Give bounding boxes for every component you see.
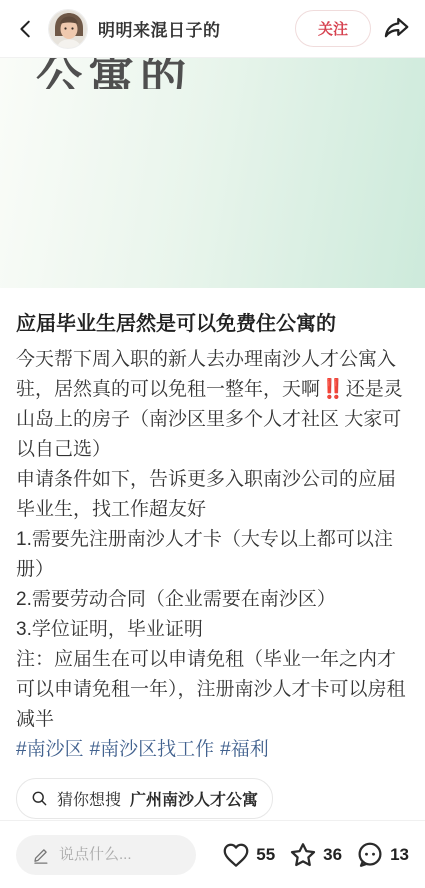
cover-cropped-text-clip: 公寓的 <box>0 58 425 89</box>
comment-input[interactable] <box>59 846 177 863</box>
like-action[interactable]: 55 <box>221 840 275 870</box>
comment-input-pill[interactable] <box>16 835 196 875</box>
share-button[interactable] <box>381 14 411 44</box>
paragraph: 今天帮下周入职的新人去办理南沙人才公寓入驻，居然真的可以免租一整年，天啊‼️还是… <box>16 345 409 465</box>
bottom-bar: 55 36 13 <box>0 820 425 888</box>
star-icon <box>288 840 318 870</box>
post-detail-screen: 明明来混日子的 关注 公寓的 应届毕业生居然是可以免费住公寓的 今天帮下周入职的… <box>0 0 425 888</box>
action-group: 55 36 13 <box>221 840 409 870</box>
heart-icon <box>221 840 251 870</box>
hashtag-link[interactable]: #福利 <box>220 739 269 760</box>
search-suggest-pill[interactable]: 猜你想搜 广州南沙人才公寓 <box>16 778 273 819</box>
paragraph: 3.学位证明，毕业证明 <box>16 615 409 645</box>
post-body: 今天帮下周入职的新人去办理南沙人才公寓入驻，居然真的可以免租一整年，天啊‼️还是… <box>16 345 409 765</box>
hashtag-row: #南沙区#南沙区找工作#福利 <box>16 735 409 765</box>
paragraph: 注：应届生在可以申请免租（毕业一年之内才可以申请免租一年），注册南沙人才卡可以房… <box>16 645 409 735</box>
collect-action[interactable]: 36 <box>288 840 342 870</box>
share-arrow-icon <box>383 15 410 42</box>
paragraph: 申请条件如下，告诉更多入职南沙公司的应届毕业生，找工作超友好 <box>16 465 409 525</box>
post-cover-image[interactable]: 公寓的 <box>0 58 425 288</box>
search-suggest-label: 猜你想搜 <box>57 787 121 810</box>
search-icon <box>31 790 48 807</box>
collect-count: 36 <box>323 845 342 865</box>
pencil-icon <box>32 846 50 864</box>
paragraph: 2.需要劳动合同（企业需要在南沙区） <box>16 585 409 615</box>
hashtag-link[interactable]: #南沙区 <box>16 739 84 760</box>
post-content: 应届毕业生居然是可以免费住公寓的 今天帮下周入职的新人去办理南沙人才公寓入驻，居… <box>0 307 425 873</box>
follow-button[interactable]: 关注 <box>295 10 371 47</box>
top-bar: 明明来混日子的 关注 <box>0 0 425 58</box>
comment-bubble-icon <box>355 840 385 870</box>
comment-action[interactable]: 13 <box>355 840 409 870</box>
comment-count: 13 <box>390 845 409 865</box>
back-button[interactable] <box>14 17 38 41</box>
double-exclamation-emoji: ‼️ <box>320 379 346 400</box>
post-title: 应届毕业生居然是可以免费住公寓的 <box>16 307 409 336</box>
search-suggest-query: 广州南沙人才公寓 <box>130 787 258 810</box>
paragraph: 1.需要先注册南沙人才卡（大专以上都可以注册） <box>16 525 409 585</box>
username[interactable]: 明明来混日子的 <box>98 16 221 41</box>
avatar[interactable] <box>48 9 88 49</box>
back-chevron-icon <box>15 18 37 40</box>
cover-cropped-text: 公寓的 <box>36 58 425 89</box>
like-count: 55 <box>256 845 275 865</box>
hashtag-link[interactable]: #南沙区找工作 <box>90 739 215 760</box>
